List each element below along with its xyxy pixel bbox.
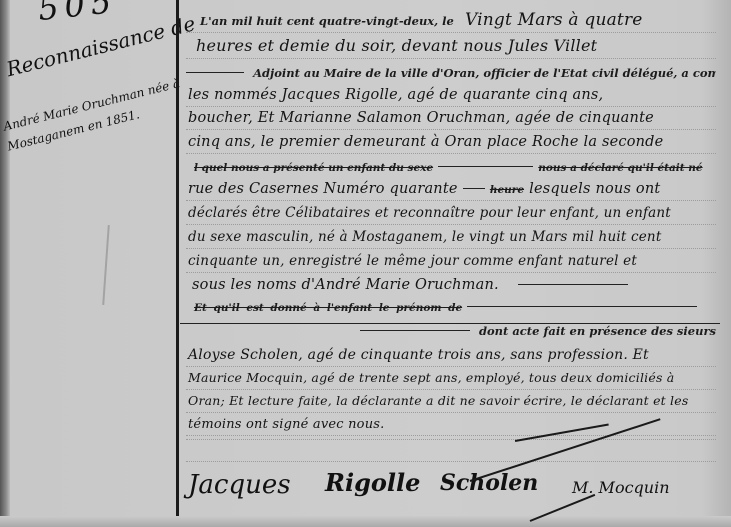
line-11: cinquante un, enregistré le même jour co… <box>186 250 716 273</box>
line-17: Oran; Et lecture faite, la déclarante a … <box>186 390 716 413</box>
signature-jacques: Jacques <box>188 470 291 500</box>
line-2: heures et demie du soir, devant nous Jul… <box>186 36 716 59</box>
line-10: du sexe masculin, né à Mostaganem, le vi… <box>186 226 716 249</box>
signature-rigolle: Rigolle <box>325 468 420 497</box>
line-4: les nommés Jacques Rigolle, agé de quara… <box>186 84 716 107</box>
line-6: cinq ans, le premier demeurant à Oran pl… <box>186 131 716 154</box>
line-5: boucher, Et Marianne Salamon Oruchman, a… <box>186 107 716 130</box>
line-8: rue des Casernes Numéro quarante heure l… <box>186 178 716 201</box>
line-12: sous les noms d'André Marie Oruchman. <box>186 274 716 296</box>
line-3: Adjoint au Maire de la ville d'Oran, off… <box>186 62 716 84</box>
entry-number: 505 <box>36 0 119 28</box>
document-page: 505 Reconnaissance de André Marie Oruchm… <box>0 0 731 527</box>
blank-line-1 <box>186 438 716 440</box>
line-1: L'an mil huit cent quatre-vingt-deux, le… <box>186 10 716 33</box>
signature-mocquin: M. Mocquin <box>572 478 670 497</box>
blank-line-2 <box>186 460 716 462</box>
line-7: l quel nous a présenté un enfant du sexe… <box>186 156 716 178</box>
line-13: Et qu'il est donné à l'enfant le prénom … <box>186 296 716 318</box>
line-14: dont acte fait en présence des sieurs <box>186 320 716 342</box>
margin-title: Reconnaissance de <box>4 11 198 81</box>
line-16: Maurice Mocquin, agé de trente sept ans,… <box>186 367 716 390</box>
line-15: Aloyse Scholen, agé de cinquante trois a… <box>186 344 716 367</box>
line-18: témoins ont signé avec nous. <box>186 413 716 436</box>
line-9: déclarés être Célibataires et reconnaîtr… <box>186 202 716 225</box>
page-bottom-edge <box>0 516 731 527</box>
margin-divider <box>176 0 179 516</box>
pencil-mark <box>102 225 110 305</box>
